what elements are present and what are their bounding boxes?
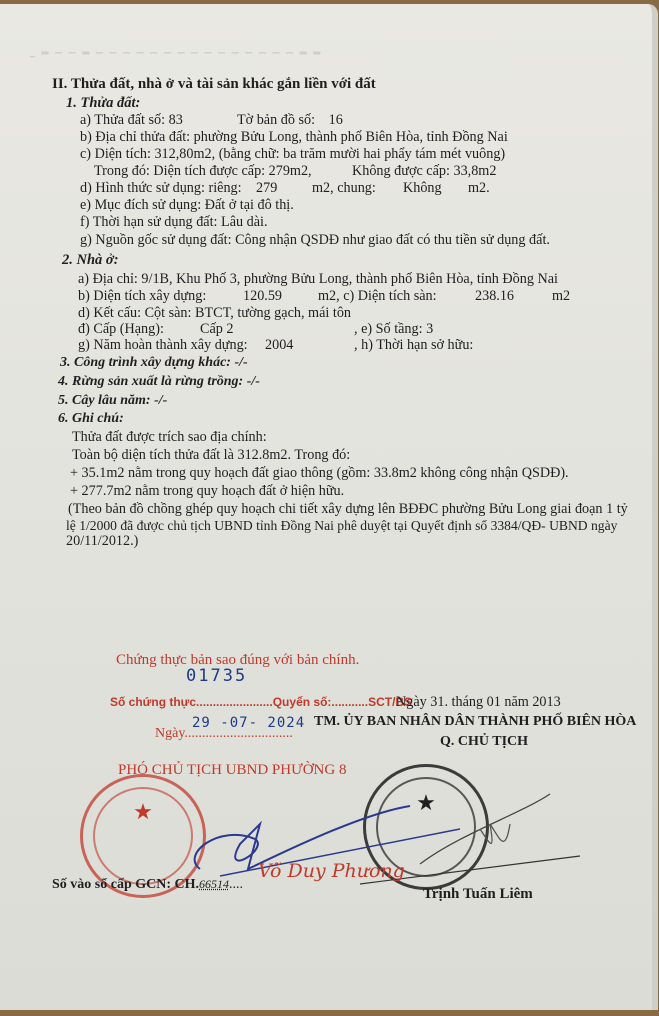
year: 2004: [265, 337, 293, 354]
note-line: + 277.7m2 nằm trong quy hoạch đất ở hiện…: [70, 483, 344, 500]
map-sheet: Tờ bản đồ số: 16: [237, 112, 343, 129]
floors: , e) Số tầng: 3: [354, 321, 433, 338]
issuance-date: Ngày 31. tháng 01 năm 2013: [396, 694, 561, 711]
issuing-position: Q. CHỦ TỊCH: [440, 733, 528, 750]
usage-form: d) Hình thức sử dụng: riêng:: [80, 180, 242, 197]
note-line: Thửa đất được trích sao địa chính:: [72, 429, 267, 446]
year-label: g) Năm hoàn thành xây dựng:: [78, 337, 248, 354]
registry-value: 66514: [199, 877, 229, 891]
floor-area: 238.16: [475, 288, 514, 305]
usage-shared-label: m2, chung:: [312, 180, 376, 197]
other-construction: 3. Công trình xây dựng khác: -/-: [60, 354, 248, 371]
land-origin: g) Nguồn gốc sử dụng đất: Công nhận QSDĐ…: [80, 232, 550, 249]
usage-shared: Không: [403, 180, 442, 197]
house-structure: d) Kết cấu: Cột sàn: BTCT, tường gạch, m…: [78, 305, 351, 322]
certification-date: 29 -07- 2024: [192, 715, 305, 732]
land-purpose: e) Mục đích sử dụng: Đất ở tại đô thị.: [80, 197, 294, 214]
land-area-not-granted: Không được cấp: 33,8m2: [352, 163, 496, 180]
usage-private: 279: [256, 180, 277, 197]
section-title: II. Thửa đất, nhà ở và tài sản khác gắn …: [52, 76, 376, 93]
certification-serial: 01735: [186, 668, 247, 685]
floor-area-unit: m2: [552, 288, 570, 305]
note-line: 20/11/2012.): [66, 533, 138, 550]
certification-book: Số chứng thực.......................Quyể…: [110, 694, 412, 711]
map-sheet-label: Tờ bản đồ số:: [237, 112, 315, 128]
signer-name: Trịnh Tuấn Liêm: [423, 886, 533, 903]
faded-bleedthrough-text: ‗ ═ ─ ─ ═ ─ ─ ─ ─ ─ ─ ─ ─ ─ ─ ─ ─ ─ ─ ─ …: [30, 48, 650, 58]
usage-unit: m2.: [468, 180, 490, 197]
parcel-label: a) Thửa đất số:: [80, 112, 165, 128]
note-line: + 35.1m2 nằm trong quy hoạch đất giao th…: [70, 465, 569, 482]
registry-label: Số vào sổ cấp GCN: CH.: [52, 877, 199, 892]
house-heading: 2. Nhà ở:: [62, 252, 119, 269]
map-sheet-no: 16: [329, 112, 343, 128]
perennial: 5. Cây lâu năm: -/-: [58, 392, 167, 409]
grade: Cấp 2: [200, 321, 234, 338]
forest: 4. Rừng sản xuất là rừng trồng: -/-: [58, 373, 260, 390]
floor-area-label: m2, c) Diện tích sàn:: [318, 288, 437, 305]
land-address: b) Địa chỉ thửa đất: phường Bửu Long, th…: [80, 129, 508, 146]
land-term: f) Thời hạn sử dụng đất: Lâu dài.: [80, 214, 268, 231]
usage-form-label: d) Hình thức sử dụng: riêng:: [80, 180, 242, 196]
notes-heading: 6. Ghi chú:: [58, 410, 124, 427]
registry-number: Số vào sổ cấp GCN: CH.66514....: [52, 876, 243, 893]
land-area: c) Diện tích: 312,80m2, (bằng chữ: ba tr…: [80, 146, 505, 163]
ward-official-name: Võ Duy Phương: [258, 863, 405, 880]
issuing-authority: TM. ỦY BAN NHÂN DÂN THÀNH PHỐ BIÊN HÒA: [314, 713, 636, 730]
note-line: (Theo bản đồ chồng ghép quy hoạch chi ti…: [68, 501, 628, 518]
certificate-page: ‗ ═ ─ ─ ═ ─ ─ ─ ─ ─ ─ ─ ─ ─ ─ ─ ─ ─ ─ ─ …: [0, 4, 658, 1010]
note-line: Toàn bộ diện tích thửa đất là 312.8m2. T…: [72, 447, 350, 464]
land-area-granted: Trong đó: Diện tích được cấp: 279m2,: [94, 163, 312, 180]
grade-label: đ) Cấp (Hạng):: [78, 321, 164, 338]
star-icon: ★: [133, 799, 153, 825]
built-area: 120.59: [243, 288, 282, 305]
built-area-label: b) Diện tích xây dựng:: [78, 288, 206, 305]
parcel-no: 83: [169, 112, 183, 128]
ownership-term: , h) Thời hạn sở hữu:: [354, 337, 473, 354]
land-parcel: a) Thửa đất số: 83: [80, 112, 183, 129]
land-heading: 1. Thửa đất:: [66, 95, 140, 112]
house-address: a) Địa chỉ: 9/1B, Khu Phố 3, phường Bửu …: [78, 271, 558, 288]
note-line: lệ 1/2000 đã được chủ tịch UBND tỉnh Đồn…: [66, 517, 617, 534]
